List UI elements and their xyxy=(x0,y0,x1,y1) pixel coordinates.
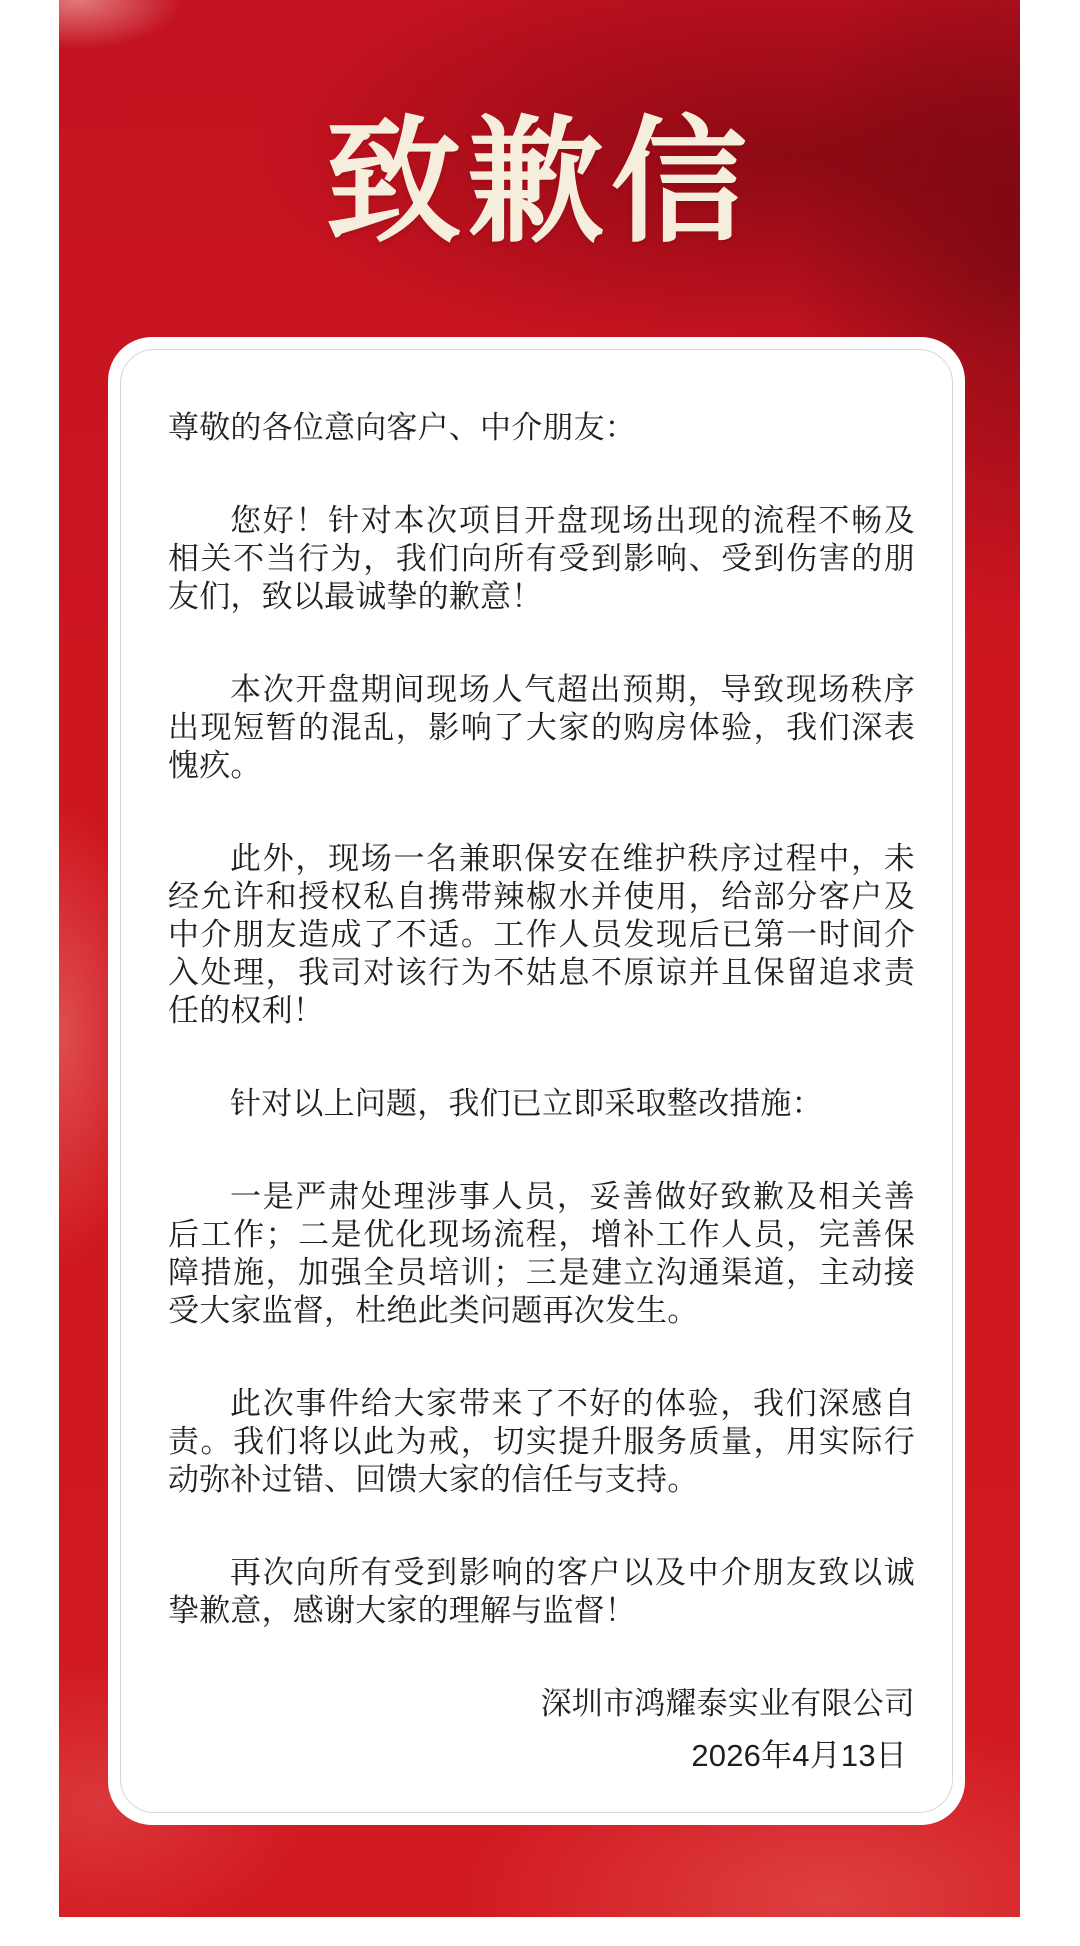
letter-paragraph-self-blame: 此次事件给大家带来了不好的体验，我们深感自责。我们将以此为戒，切实提升服务质量，… xyxy=(168,1385,915,1499)
letter-paragraph-final-apology: 再次向所有受到影响的客户以及中介朋友致以诚挚歉意，感谢大家的理解与监督！ xyxy=(168,1554,915,1630)
letter-paragraph-security-incident: 此外，现场一名兼职保安在维护秩序过程中，未经允许和授权私自携带辣椒水并使用，给部… xyxy=(168,840,915,1030)
letter-salutation: 尊敬的各位意向客户、中介朋友： xyxy=(168,409,915,447)
letter-paragraph-crowd-disorder: 本次开盘期间现场人气超出预期，导致现场秩序出现短暂的混乱，影响了大家的购房体验，… xyxy=(168,671,915,785)
poster-background: 致歉信 尊敬的各位意向客户、中介朋友： 您好！针对本次项目开盘现场出现的流程不畅… xyxy=(59,0,1020,1917)
letter-paragraph-measures-intro: 针对以上问题，我们已立即采取整改措施： xyxy=(168,1085,915,1123)
company-signature: 深圳市鸿耀泰实业有限公司 xyxy=(168,1685,915,1723)
letter-paragraph-greeting-apology: 您好！针对本次项目开盘现场出现的流程不畅及相关不当行为，我们向所有受到影响、受到… xyxy=(168,502,915,616)
letter-paragraph-measures-list: 一是严肃处理涉事人员，妥善做好致歉及相关善后工作；二是优化现场流程，增补工作人员… xyxy=(168,1178,915,1330)
apology-poster-page: 致歉信 尊敬的各位意向客户、中介朋友： 您好！针对本次项目开盘现场出现的流程不畅… xyxy=(0,0,1080,1946)
letter-card: 尊敬的各位意向客户、中介朋友： 您好！针对本次项目开盘现场出现的流程不畅及相关不… xyxy=(108,337,965,1825)
letter-date: 2026年4月13日 xyxy=(168,1737,915,1775)
letter-title: 致歉信 xyxy=(59,116,1020,252)
letter-body: 尊敬的各位意向客户、中介朋友： 您好！针对本次项目开盘现场出现的流程不畅及相关不… xyxy=(108,337,965,1825)
